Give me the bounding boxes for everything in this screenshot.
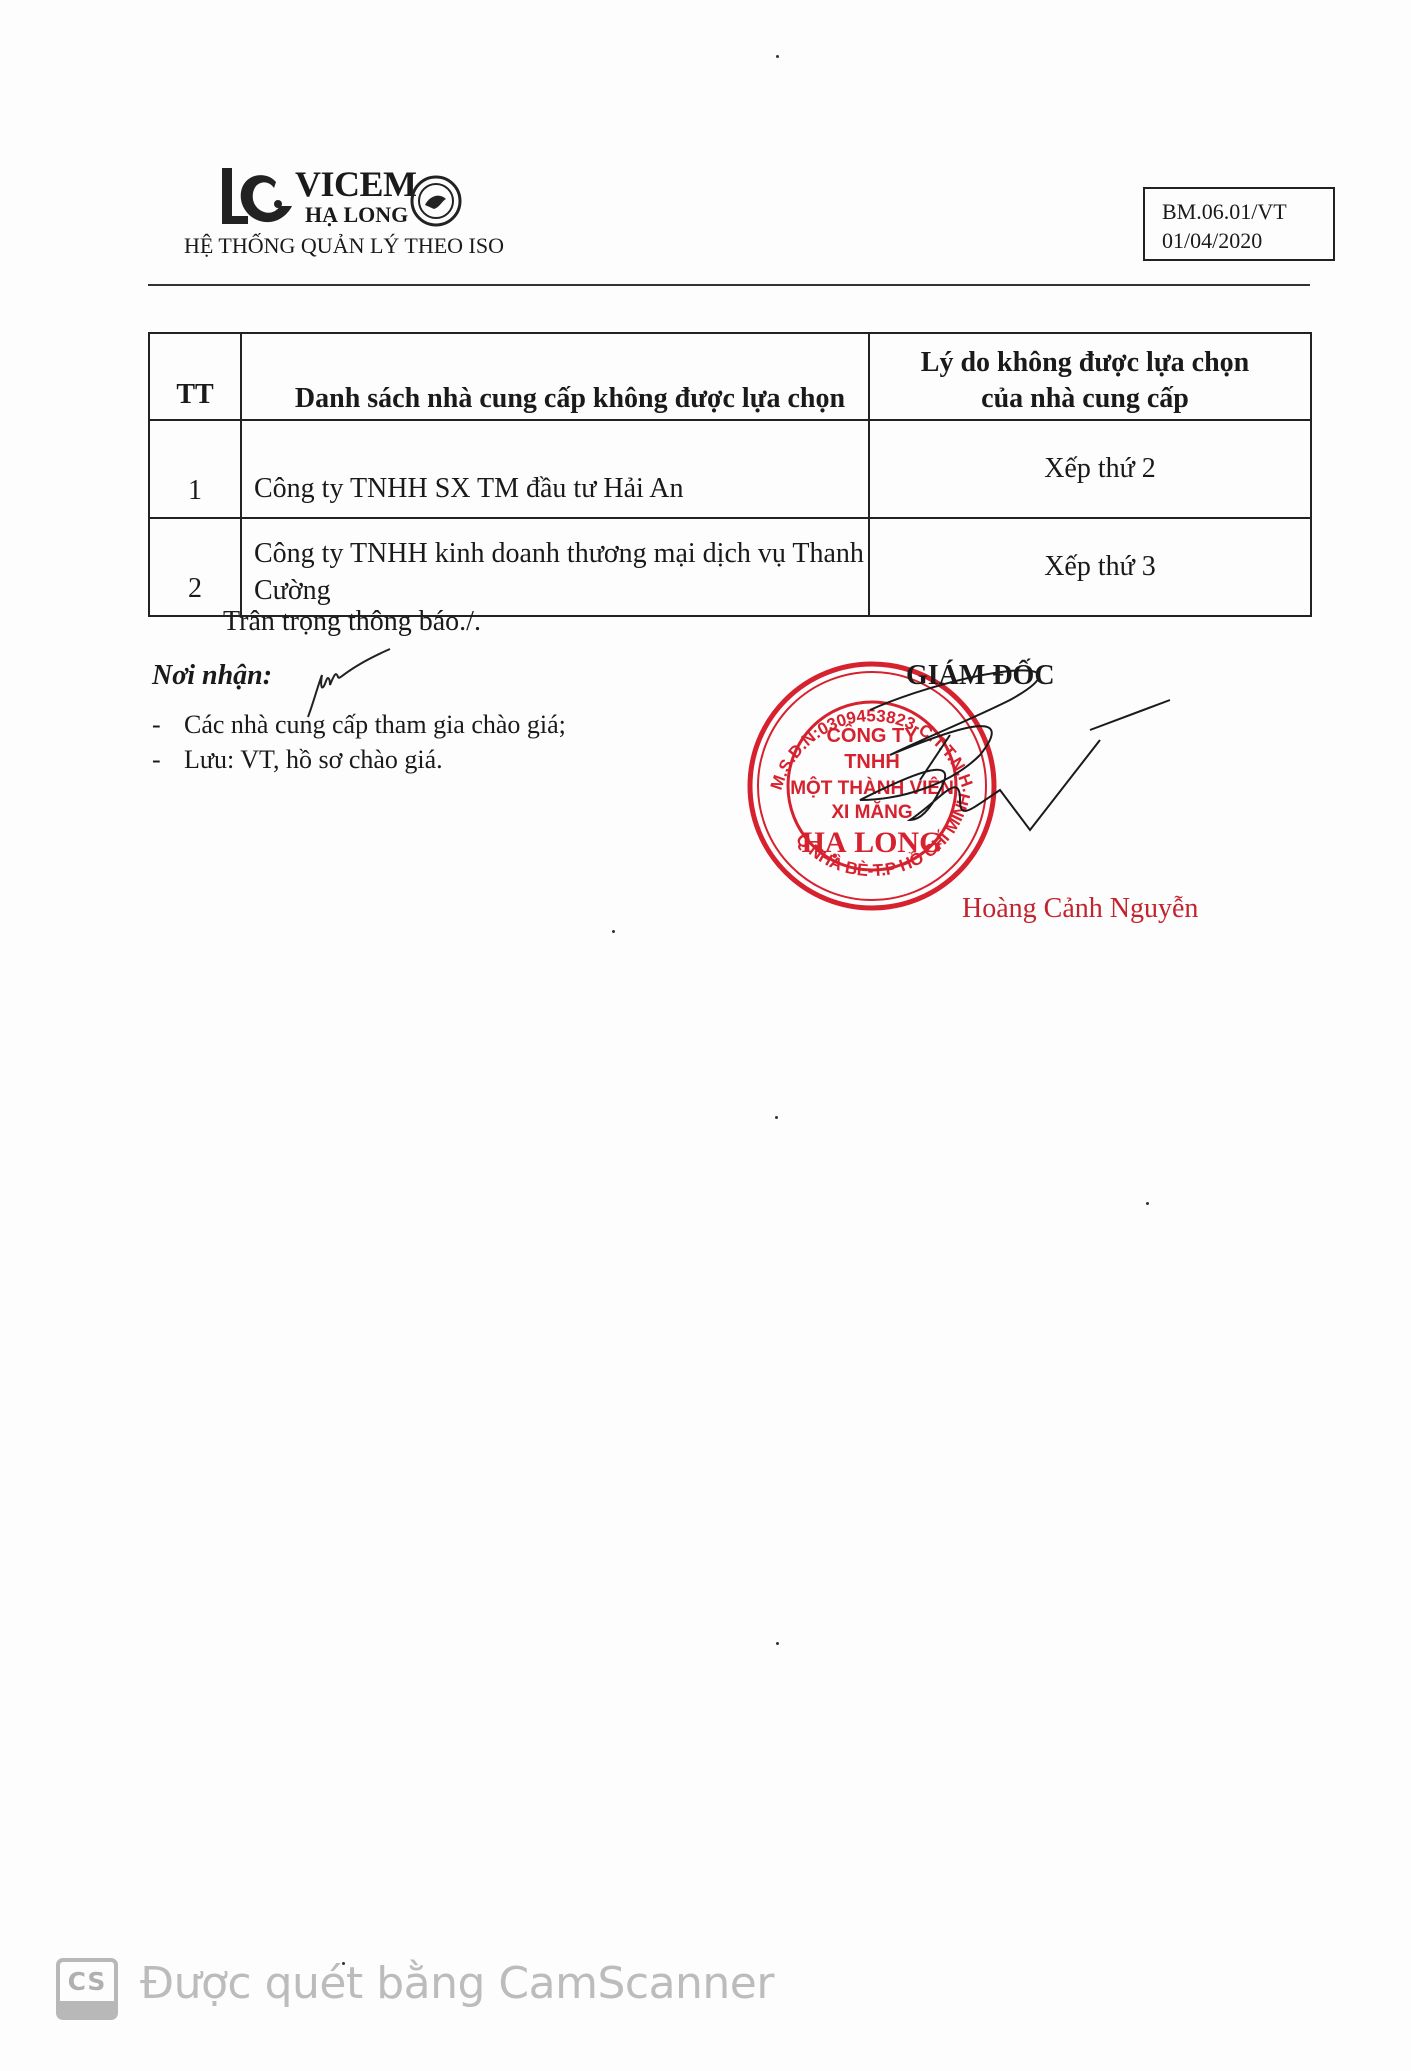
signer-name: Hoàng Cảnh Nguyễn [962,893,1198,925]
bullet: - [152,742,184,777]
rejection-reason: Xếp thứ 3 [869,518,1311,616]
scan-speck [612,930,615,933]
header-reason-line1: Lý do không được lựa chọn [870,345,1300,381]
table-row: 1 Công ty TNHH SX TM đầu tư Hải An Xếp t… [149,420,1311,518]
recipient-text: Lưu: VT, hồ sơ chào giá. [184,742,443,777]
supplier-name: Công ty TNHH SX TM đầu tư Hải An [241,420,869,518]
recipient-item: - Các nhà cung cấp tham gia chào giá; [152,707,566,742]
brand-subtitle: HẠ LONG [305,203,408,227]
header-reason: Lý do không được lựa chọn của nhà cung c… [869,333,1311,420]
supplier-name: Công ty TNHH kinh doanh thương mại dịch … [241,518,869,616]
closing-line: Trân trọng thông báo./. [223,606,481,638]
header-supplier-name: Danh sách nhà cung cấp không được lựa ch… [241,333,869,420]
form-date: 01/04/2020 [1162,226,1333,255]
vicem-logo-icon [218,166,298,226]
scan-speck [1146,1202,1149,1205]
scan-speck [776,55,779,58]
form-code: BM.06.01/VT [1162,197,1333,226]
form-code-box: BM.06.01/VT 01/04/2020 [1143,187,1335,261]
row-index: 1 [149,420,241,518]
rejected-suppliers-table: TT Danh sách nhà cung cấp không được lựa… [148,332,1312,617]
camscanner-logo-icon: CS [56,1958,118,2020]
bullet: - [152,707,184,742]
header-divider [148,284,1310,286]
emblem-icon [410,175,462,227]
table-row: 2 Công ty TNHH kinh doanh thương mại dịc… [149,518,1311,616]
table-header-row: TT Danh sách nhà cung cấp không được lựa… [149,333,1311,420]
iso-system-label: HỆ THỐNG QUẢN LÝ THEO ISO [184,233,504,259]
row-index: 2 [149,518,241,616]
header-reason-line2: của nhà cung cấp [870,381,1300,417]
camscanner-watermark: Được quét bằng CamScanner [140,1958,774,2009]
header-tt: TT [149,333,241,420]
recipients-list: - Các nhà cung cấp tham gia chào giá; - … [152,707,566,777]
recipient-item: - Lưu: VT, hồ sơ chào giá. [152,742,566,777]
director-signature-icon [800,660,1180,850]
scan-speck [776,1642,779,1645]
scan-speck [775,1116,778,1119]
brand-name: VICEM [295,166,417,202]
recipient-text: Các nhà cung cấp tham gia chào giá; [184,707,566,742]
rejection-reason: Xếp thứ 2 [869,420,1311,518]
recipients-label: Nơi nhận: [152,660,272,692]
